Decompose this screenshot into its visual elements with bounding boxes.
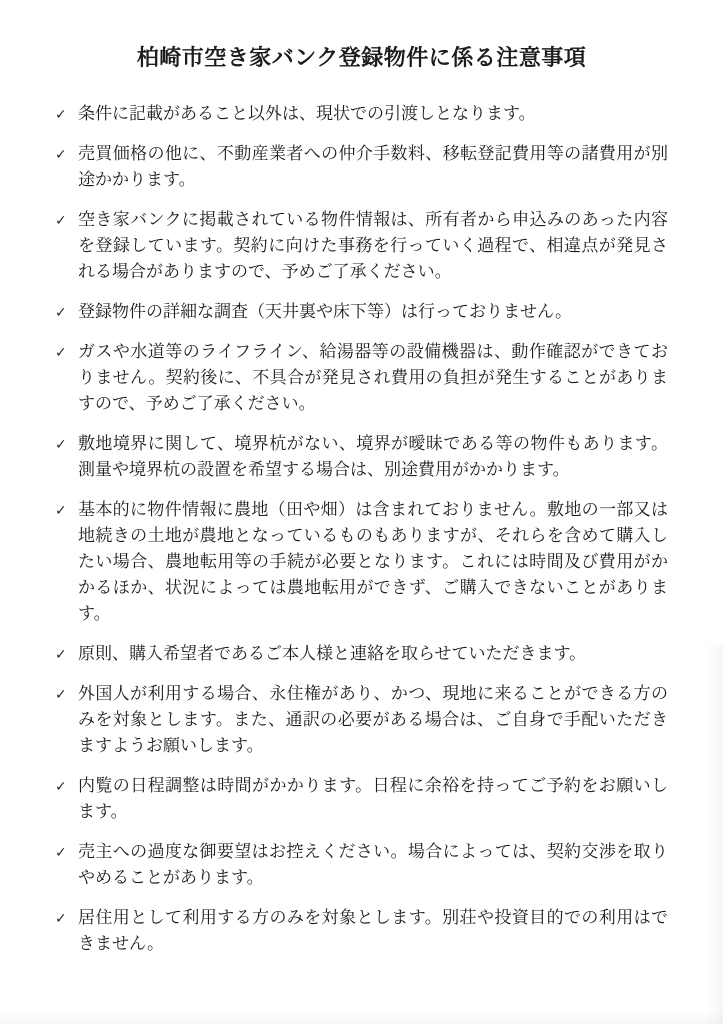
- document-page: 柏崎市空き家バンク登録物件に係る注意事項 ✓ 条件に記載があること以外は、現状で…: [0, 0, 723, 1024]
- checkmark-icon: ✓: [55, 207, 78, 233]
- list-item: ✓ ガスや水道等のライフライン、給湯器等の設備機器は、動作確認ができておりません…: [55, 339, 668, 417]
- checkmark-icon: ✓: [55, 839, 78, 865]
- checkmark-icon: ✓: [55, 905, 78, 931]
- list-item-text: 売主への過度な御要望はお控えください。場合によっては、契約交渉を取りやめることが…: [78, 839, 668, 891]
- checkmark-icon: ✓: [55, 497, 78, 523]
- checkmark-icon: ✓: [55, 141, 78, 167]
- list-item: ✓ 外国人が利用する場合、永住権があり、かつ、現地に来ることができる方のみを対象…: [55, 681, 668, 759]
- scan-shadow-right: [705, 644, 723, 1024]
- list-item-text: 登録物件の詳細な調査（天井裏や床下等）は行っておりません。: [78, 299, 668, 325]
- checkmark-icon: ✓: [55, 681, 78, 707]
- checkmark-icon: ✓: [55, 339, 78, 365]
- document-title: 柏崎市空き家バンク登録物件に係る注意事項: [55, 42, 668, 74]
- checkmark-icon: ✓: [55, 101, 78, 127]
- list-item: ✓ 登録物件の詳細な調査（天井裏や床下等）は行っておりません。: [55, 299, 668, 325]
- list-item: ✓ 基本的に物件情報に農地（田や畑）は含まれておりません。敷地の一部又は地続きの…: [55, 497, 668, 627]
- scan-shadow-bottom: [0, 1010, 723, 1024]
- list-item-text: 売買価格の他に、不動産業者への仲介手数料、移転登記費用等の諸費用が別途かかります…: [78, 141, 668, 193]
- list-item-text: ガスや水道等のライフライン、給湯器等の設備機器は、動作確認ができておりません。契…: [78, 339, 668, 417]
- list-item: ✓ 売主への過度な御要望はお控えください。場合によっては、契約交渉を取りやめるこ…: [55, 839, 668, 891]
- list-item: ✓ 条件に記載があること以外は、現状での引渡しとなります。: [55, 101, 668, 127]
- list-item: ✓ 内覧の日程調整は時間がかかります。日程に余裕を持ってご予約をお願いします。: [55, 773, 668, 825]
- checkmark-icon: ✓: [55, 431, 78, 457]
- checkmark-icon: ✓: [55, 299, 78, 325]
- list-item-text: 空き家バンクに掲載されている物件情報は、所有者から申込みのあった内容を登録してい…: [78, 207, 668, 285]
- list-item: ✓ 居住用として利用する方のみを対象とします。別荘や投資目的での利用はできません…: [55, 905, 668, 957]
- checkmark-icon: ✓: [55, 773, 78, 799]
- list-item-text: 外国人が利用する場合、永住権があり、かつ、現地に来ることができる方のみを対象とし…: [78, 681, 668, 759]
- list-item-text: 居住用として利用する方のみを対象とします。別荘や投資目的での利用はできません。: [78, 905, 668, 957]
- list-item: ✓ 原則、購入希望者であるご本人様と連絡を取らせていただきます。: [55, 641, 668, 667]
- list-item-text: 敷地境界に関して、境界杭がない、境界が曖昧である等の物件もあります。測量や境界杭…: [78, 431, 668, 483]
- list-item-text: 基本的に物件情報に農地（田や畑）は含まれておりません。敷地の一部又は地続きの土地…: [78, 497, 668, 627]
- checkmark-icon: ✓: [55, 641, 78, 667]
- list-item-text: 原則、購入希望者であるご本人様と連絡を取らせていただきます。: [78, 641, 668, 667]
- list-item: ✓ 空き家バンクに掲載されている物件情報は、所有者から申込みのあった内容を登録し…: [55, 207, 668, 285]
- list-item-text: 内覧の日程調整は時間がかかります。日程に余裕を持ってご予約をお願いします。: [78, 773, 668, 825]
- list-item-text: 条件に記載があること以外は、現状での引渡しとなります。: [78, 101, 668, 127]
- list-item: ✓ 売買価格の他に、不動産業者への仲介手数料、移転登記費用等の諸費用が別途かかり…: [55, 141, 668, 193]
- notes-list: ✓ 条件に記載があること以外は、現状での引渡しとなります。 ✓ 売買価格の他に、…: [55, 101, 668, 957]
- list-item: ✓ 敷地境界に関して、境界杭がない、境界が曖昧である等の物件もあります。測量や境…: [55, 431, 668, 483]
